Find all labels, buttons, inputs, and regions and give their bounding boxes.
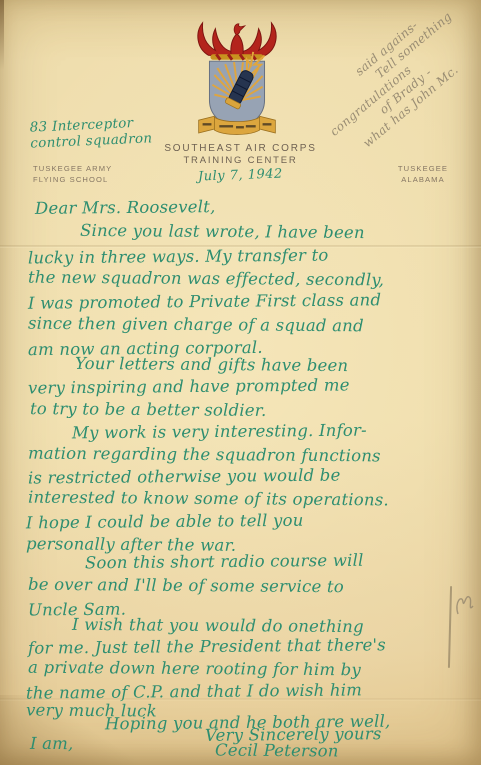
handwriting-line: the new squadron was effected, secondly, xyxy=(28,268,384,290)
handwriting-line: I wish that you would do onething xyxy=(72,615,364,636)
handwriting-line: is restricted otherwise you would be xyxy=(28,466,341,488)
handwriting-line: Cecil Peterson xyxy=(215,741,339,761)
org-name-line-1: SOUTHEAST AIR CORPS xyxy=(0,143,481,154)
pencil-annotation-block: said agains-Tell somethingcongratulation… xyxy=(308,0,481,162)
handwriting-line: Your letters and gifts have been xyxy=(75,354,348,375)
handwriting-line: Since you last wrote, I have been xyxy=(80,221,365,242)
handwriting-line: I was promoted to Private First class an… xyxy=(28,290,381,312)
handwriting-line: Dear Mrs. Roosevelt, xyxy=(35,197,216,218)
phoenix-shield-lightning-crest-icon xyxy=(178,6,296,139)
handwritten-date: July 7, 1942 xyxy=(198,167,283,185)
handwriting-line: to try to be a better soldier. xyxy=(30,399,267,420)
handwriting-line: the name of C.P. and that I do wish him xyxy=(26,680,362,702)
handwriting-line: since then given charge of a squad and xyxy=(28,314,364,336)
handwriting-line: Soon this short radio course will xyxy=(85,551,364,573)
handwriting-line: I am, xyxy=(30,734,74,753)
handwriting-line: a private down here rooting for him by xyxy=(28,658,361,680)
location-line-1: TUSKEGEE xyxy=(388,163,458,174)
handwriting-line: interested to know some of its operation… xyxy=(28,488,389,510)
handwriting-line: I hope I could be able to tell you xyxy=(26,511,304,533)
paper-edge-shadow xyxy=(0,0,4,70)
handwriting-line: very inspiring and have prompted me xyxy=(28,375,350,397)
location-printed-label: TUSKEGEE ALABAMA xyxy=(388,163,458,186)
handwriting-line: lucky in three ways. My transfer to xyxy=(28,246,329,268)
handwriting-line: mation regarding the squadron functions xyxy=(28,444,381,466)
location-line-2: ALABAMA xyxy=(388,174,458,185)
pencil-scribble-mark-icon xyxy=(452,588,478,622)
handwriting-line: be over and I'll be of some service to xyxy=(28,575,344,596)
handwriting-line: My work is very interesting. Infor- xyxy=(72,421,367,443)
handwriting-line: for me. Just tell the President that the… xyxy=(28,635,386,657)
letter-page: 83 Interceptor control squadron TUSKEGEE… xyxy=(0,0,481,765)
